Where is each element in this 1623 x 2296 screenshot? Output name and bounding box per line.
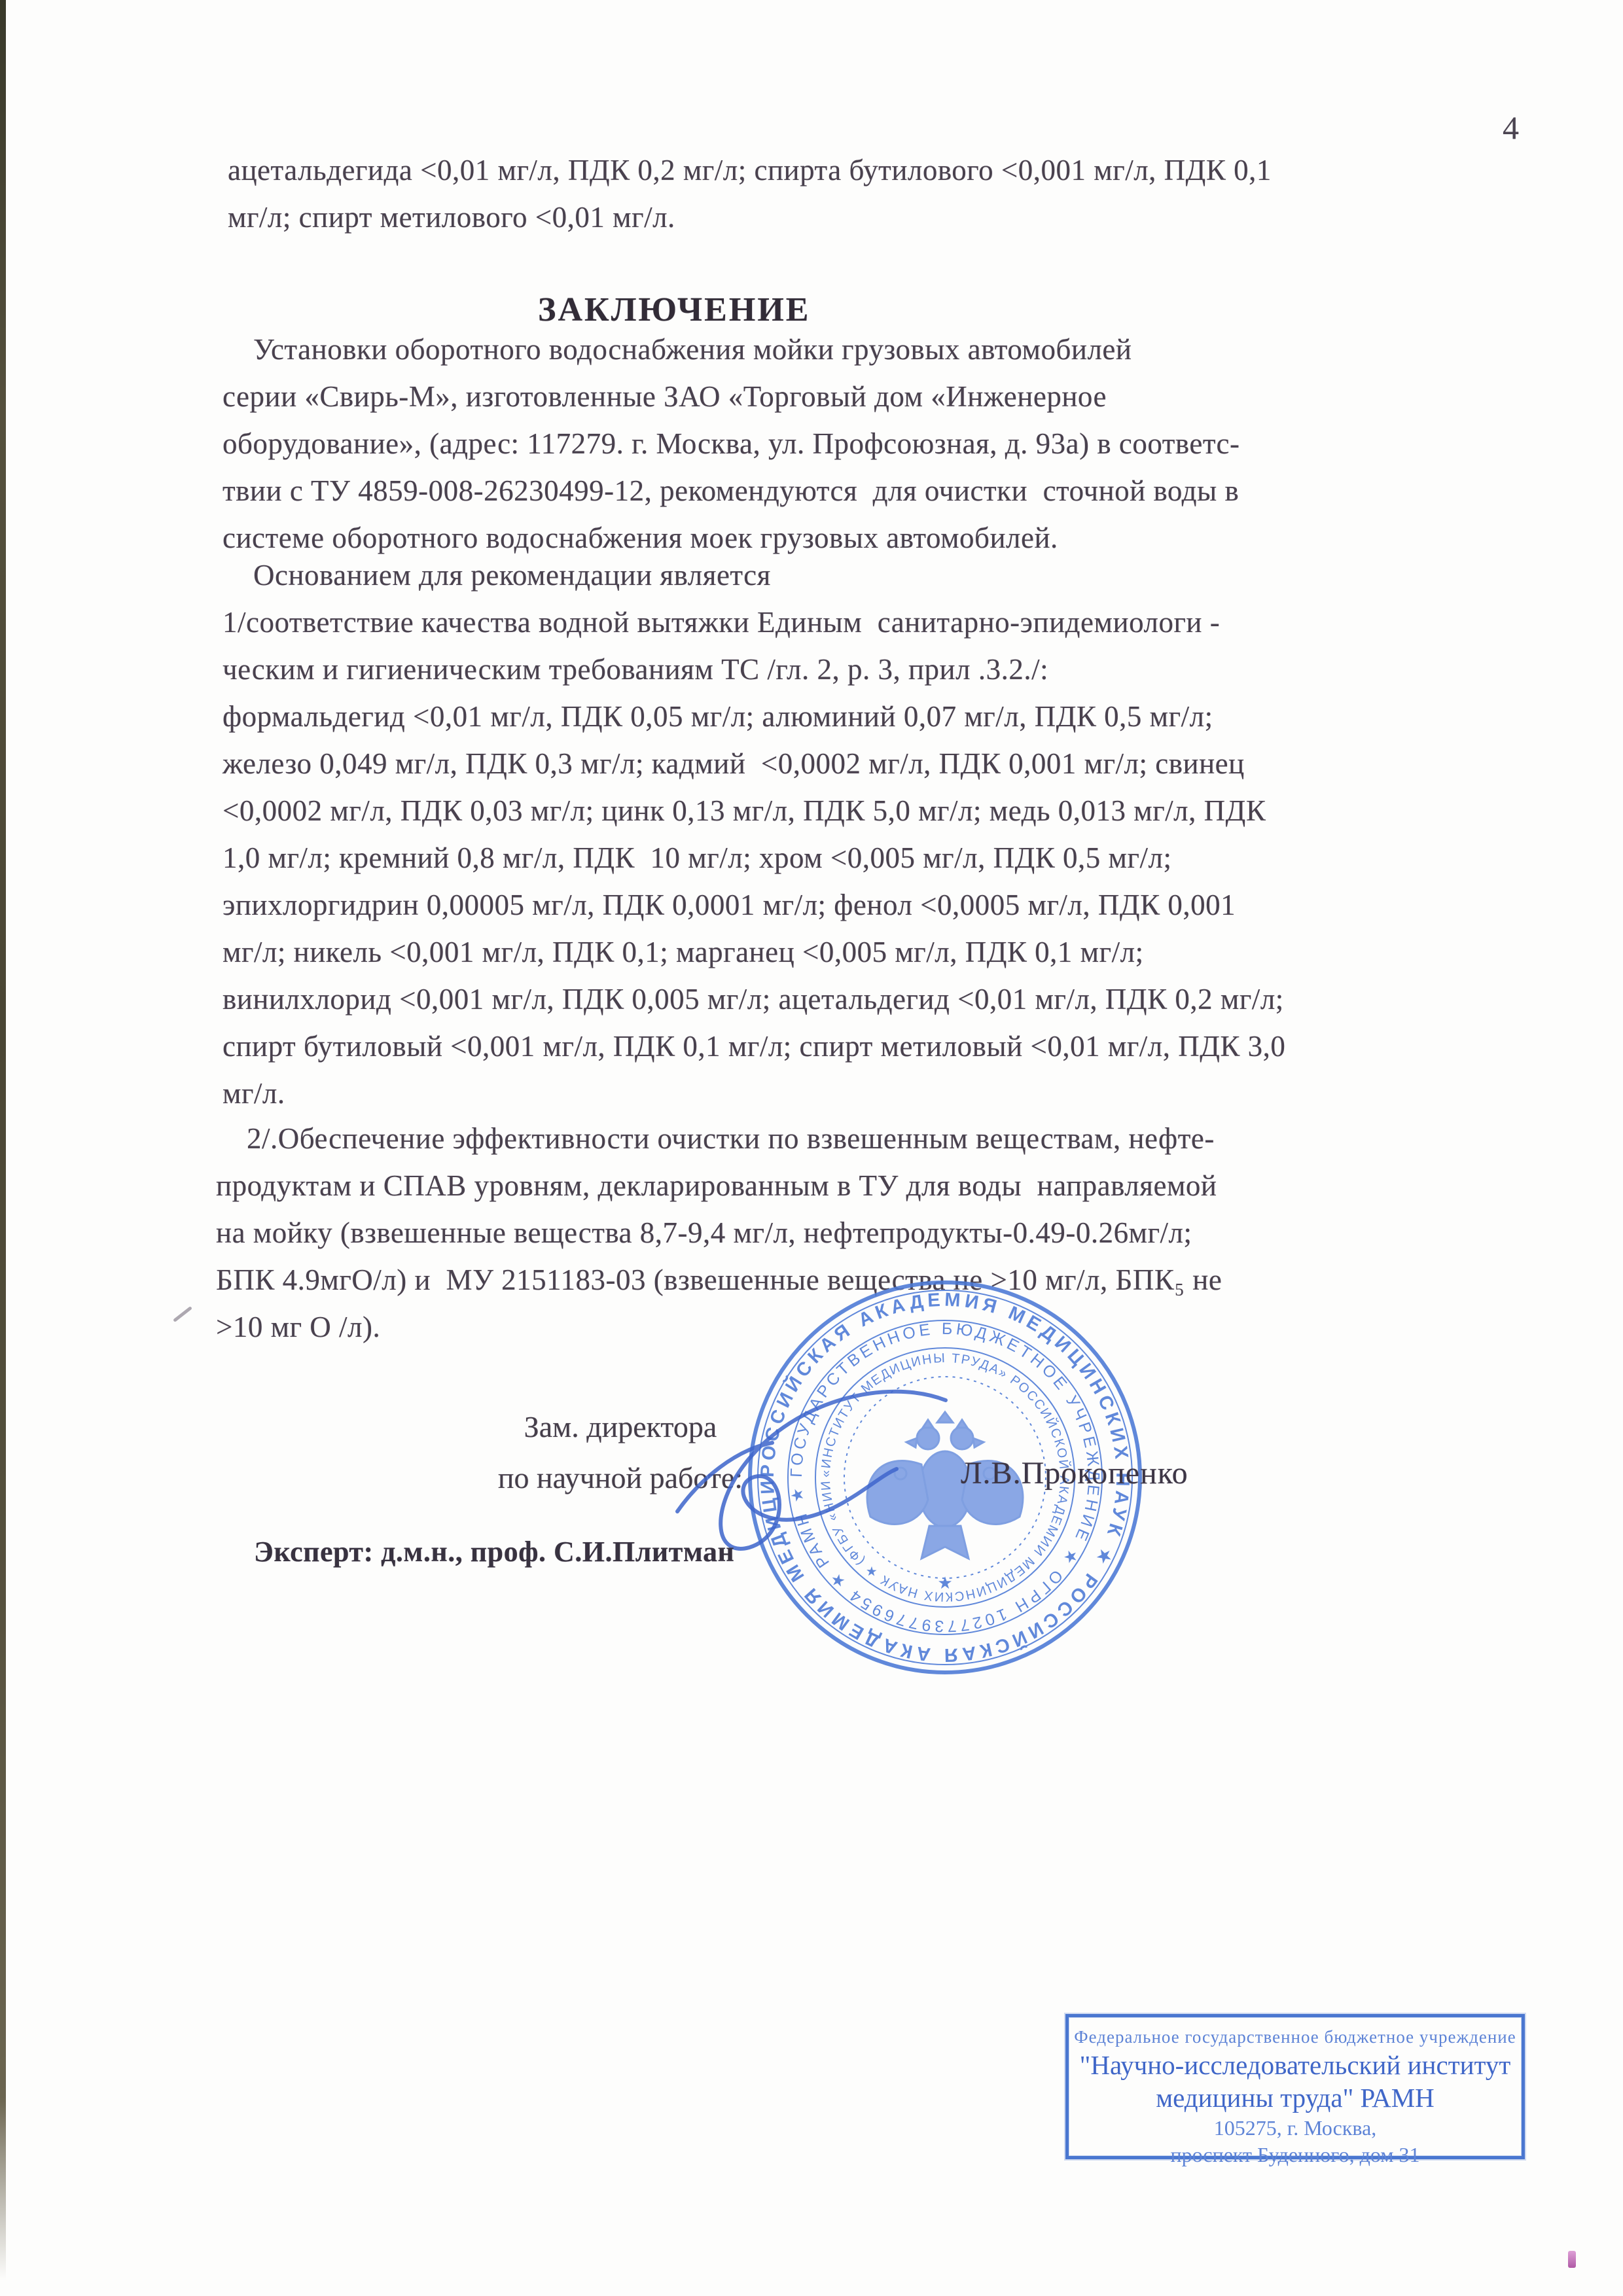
rect-stamp-line1: Федеральное государственное бюджетное уч… [1069,2025,1522,2049]
scanned-document-page: 4 ацетальдегида <0,01 мг/л, ПДК 0,2 мг/л… [0,0,1623,2296]
signature-name: Л.В.Прокопенко [961,1455,1188,1491]
rect-stamp-line5: проспект Буденного, дом 31 [1069,2142,1522,2168]
paragraph-conclusion: Установки оборотного водоснабжения мойки… [223,326,1590,561]
paragraph-intro: ацетальдегида <0,01 мг/л, ПДК 0,2 мг/л; … [228,147,1589,241]
rect-stamp-line3: медицины труда" РАМН [1069,2081,1522,2114]
rect-stamp-line4: 105275, г. Москва, [1069,2114,1522,2142]
expert-line: Эксперт: д.м.н., проф. С.И.Плитман [254,1535,734,1568]
paragraph-basis: Основанием для рекомендации является 1/с… [223,552,1597,1117]
ink-smudge-dot [1568,2251,1576,2268]
stray-pen-mark [173,1306,192,1322]
page-number: 4 [1503,109,1519,147]
rect-stamp: Федеральное государственное бюджетное уч… [1065,2014,1525,2159]
section-heading: ЗАКЛЮЧЕНИЕ [538,291,810,329]
rect-stamp-line2: "Научно-исследовательский институт [1069,2049,1522,2081]
scanner-edge-artifact [0,0,6,2280]
